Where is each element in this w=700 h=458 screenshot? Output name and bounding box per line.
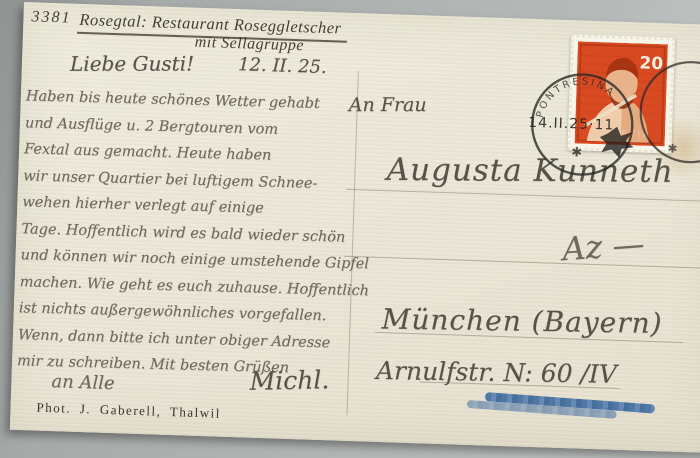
address-scribble: Az — [561,224,646,268]
message-salutation: Liebe Gusti! [70,52,194,76]
postmark-town-arc: PONTRESINA [535,75,618,122]
postmark-star-icon: ✱ [571,144,582,159]
card-number: 3381 [31,8,72,27]
message-closing: an Alle [51,371,115,394]
postmark-star-icon: ✱ [667,141,678,155]
photographer-credit: Phot. J. Gaberell, Thalwil [36,400,221,422]
scanned-postcard-photo: { "scene": { "background_color": "#aab0a… [0,0,700,458]
message-date: 12. II. 25. [238,54,327,78]
message-body: Haben bis heute schönes Wetter gehabt un… [17,82,374,385]
signature: Michl. [249,365,329,396]
postmark-datetime: 14.II.25·11 [528,115,615,134]
postcard-back: 3381 Rosegtal: Restaurant Roseggletscher… [10,2,700,453]
card-subtitle: mit Sellagruppe [194,34,304,56]
address-city: München (Bayern) [381,302,662,339]
address-recipient-prefix: An Frau [349,94,427,116]
postmark: PONTRESINA 14.II.25·11 ✱ ✱ [496,46,700,194]
address-street: Arnulfstr. N: 60 /IV [376,356,617,389]
address-ruled-line [344,256,700,269]
